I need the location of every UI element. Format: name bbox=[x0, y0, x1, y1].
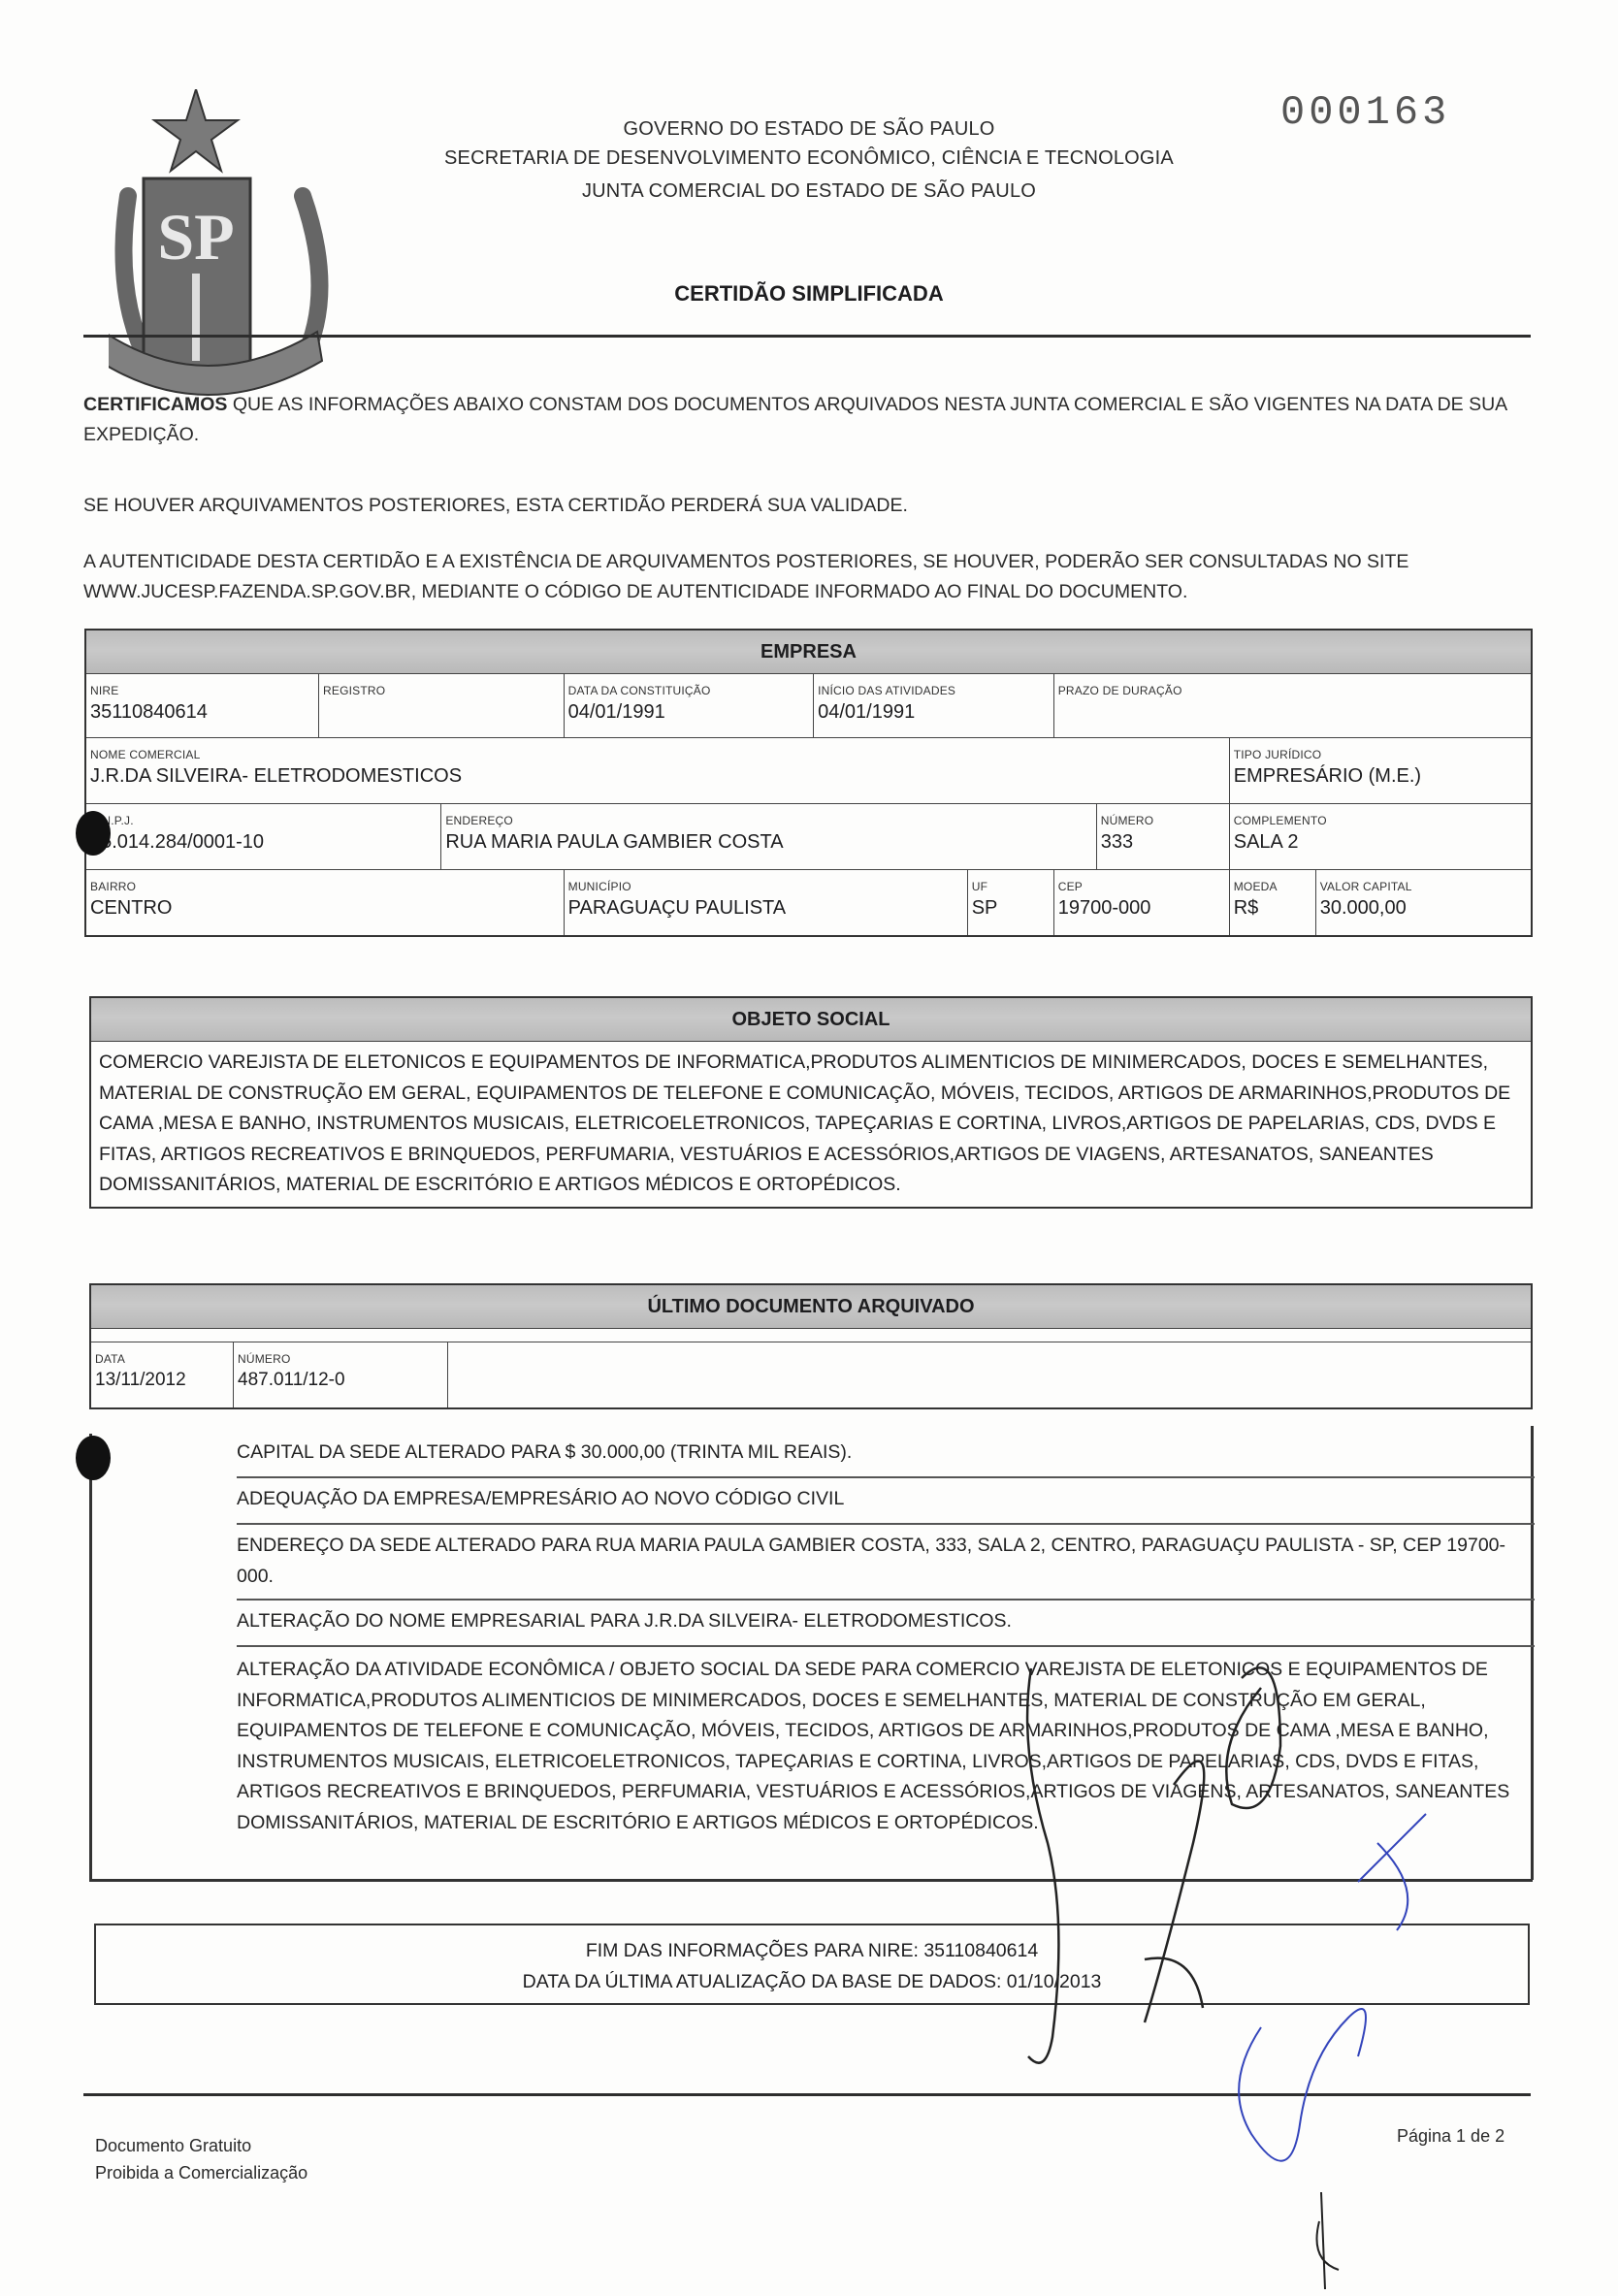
page-number: Página 1 de 2 bbox=[1397, 2122, 1505, 2150]
data-constituicao-label: DATA DA CONSTITUIÇÃO bbox=[568, 684, 809, 697]
spacer-row bbox=[90, 1329, 1532, 1342]
doc-empty-cell bbox=[448, 1342, 1533, 1408]
numero-cell: NÚMERO333 bbox=[1096, 804, 1229, 870]
fim-informacoes-box: FIM DAS INFORMAÇÕES PARA NIRE: 351108406… bbox=[94, 1924, 1530, 2005]
cep-value: 19700-000 bbox=[1058, 897, 1225, 920]
serial-number-stamp: 000163 bbox=[1280, 89, 1450, 136]
header-secretariat-line: SECRETARIA DE DESENVOLVIMENTO ECONÔMICO,… bbox=[0, 147, 1618, 170]
valor-capital-value: 30.000,00 bbox=[1320, 897, 1527, 920]
intro-certify-text: QUE AS INFORMAÇÕES ABAIXO CONSTAM DOS DO… bbox=[83, 394, 1506, 445]
data-constituicao-cell: DATA DA CONSTITUIÇÃO04/01/1991 bbox=[564, 674, 813, 738]
cnpj-label: C.N.P.J. bbox=[90, 814, 437, 827]
endereco-cell: ENDEREÇORUA MARIA PAULA GAMBIER COSTA bbox=[441, 804, 1096, 870]
header-junta-line: JUNTA COMERCIAL DO ESTADO DE SÃO PAULO bbox=[0, 180, 1618, 203]
doc-data-value: 13/11/2012 bbox=[95, 1370, 229, 1391]
valor-capital-label: VALOR CAPITAL bbox=[1320, 880, 1527, 893]
moeda-cell: MOEDAR$ bbox=[1229, 870, 1315, 936]
ultimo-documento-header-table: ÚLTIMO DOCUMENTO ARQUIVADO DATA13/11/201… bbox=[89, 1283, 1533, 1409]
objeto-social-text: COMERCIO VAREJISTA DE ELETONICOS E EQUIP… bbox=[90, 1042, 1532, 1208]
fim-atualizacao-line: DATA DA ÚLTIMA ATUALIZAÇÃO DA BASE DE DA… bbox=[96, 1966, 1528, 1997]
cep-cell: CEP19700-000 bbox=[1053, 870, 1229, 936]
acts-bottom-border bbox=[89, 1879, 1533, 1882]
complemento-value: SALA 2 bbox=[1234, 831, 1527, 854]
prazo-duracao-label: PRAZO DE DURAÇÃO bbox=[1058, 684, 1527, 697]
act-divider bbox=[237, 1645, 1535, 1647]
objeto-social-table: OBJETO SOCIAL COMERCIO VAREJISTA DE ELET… bbox=[89, 996, 1533, 1209]
header-divider bbox=[83, 335, 1531, 338]
nire-value: 35110840614 bbox=[90, 701, 314, 724]
bairro-cell: BAIRROCENTRO bbox=[85, 870, 564, 936]
acts-left-border bbox=[89, 1434, 92, 1880]
nome-comercial-cell: NOME COMERCIALJ.R.DA SILVEIRA- ELETRODOM… bbox=[85, 738, 1229, 804]
punch-hole-mark bbox=[76, 811, 111, 856]
moeda-value: R$ bbox=[1234, 897, 1311, 920]
municipio-value: PARAGUAÇU PAULISTA bbox=[568, 897, 963, 920]
numero-label: NÚMERO bbox=[1101, 814, 1225, 827]
moeda-label: MOEDA bbox=[1234, 880, 1311, 893]
cnpj-cell: C.N.P.J.65.014.284/0001-10 bbox=[85, 804, 441, 870]
uf-value: SP bbox=[972, 897, 1050, 920]
intro-authenticity-paragraph: A AUTENTICIDADE DESTA CERTIDÃO E A EXIST… bbox=[83, 547, 1538, 607]
intro-certify-paragraph: CERTIFICAMOS QUE AS INFORMAÇÕES ABAIXO C… bbox=[83, 390, 1538, 450]
complemento-label: COMPLEMENTO bbox=[1234, 814, 1527, 827]
act-item-codigo-civil: ADEQUAÇÃO DA EMPRESA/EMPRESÁRIO AO NOVO … bbox=[237, 1484, 1537, 1515]
uf-label: UF bbox=[972, 880, 1050, 893]
numero-value: 333 bbox=[1101, 831, 1225, 854]
doc-data-label: DATA bbox=[95, 1352, 229, 1366]
intro-validity-paragraph: SE HOUVER ARQUIVAMENTOS POSTERIORES, EST… bbox=[83, 491, 1538, 521]
inicio-atividades-label: INÍCIO DAS ATIVIDADES bbox=[818, 684, 1050, 697]
doc-numero-value: 487.011/12-0 bbox=[238, 1370, 443, 1391]
inicio-atividades-value: 04/01/1991 bbox=[818, 701, 1050, 724]
act-divider bbox=[237, 1599, 1535, 1601]
act-item-objeto-social: ALTERAÇÃO DA ATIVIDADE ECONÔMICA / OBJET… bbox=[237, 1655, 1537, 1838]
tipo-juridico-label: TIPO JURÍDICO bbox=[1234, 748, 1527, 761]
footer-proibida: Proibida a Comercialização bbox=[95, 2159, 307, 2186]
complemento-cell: COMPLEMENTOSALA 2 bbox=[1229, 804, 1532, 870]
uf-cell: UFSP bbox=[967, 870, 1053, 936]
footer-gratuito: Documento Gratuito bbox=[95, 2132, 307, 2159]
act-item-nome: ALTERAÇÃO DO NOME EMPRESARIAL PARA J.R.D… bbox=[237, 1606, 1537, 1637]
endereco-value: RUA MARIA PAULA GAMBIER COSTA bbox=[445, 831, 1091, 854]
nire-cell: NIRE35110840614 bbox=[85, 674, 319, 738]
prazo-duracao-cell: PRAZO DE DURAÇÃO bbox=[1053, 674, 1532, 738]
fim-nire-line: FIM DAS INFORMAÇÕES PARA NIRE: 351108406… bbox=[96, 1935, 1528, 1966]
tipo-juridico-cell: TIPO JURÍDICOEMPRESÁRIO (M.E.) bbox=[1229, 738, 1532, 804]
bairro-label: BAIRRO bbox=[90, 880, 560, 893]
doc-numero-label: NÚMERO bbox=[238, 1352, 443, 1366]
act-item-capital: CAPITAL DA SEDE ALTERADO PARA $ 30.000,0… bbox=[237, 1438, 1537, 1469]
objeto-social-section-title: OBJETO SOCIAL bbox=[90, 997, 1532, 1042]
ultimo-documento-section-title: ÚLTIMO DOCUMENTO ARQUIVADO bbox=[90, 1284, 1532, 1329]
cnpj-value: 65.014.284/0001-10 bbox=[90, 831, 437, 854]
cep-label: CEP bbox=[1058, 880, 1225, 893]
act-divider bbox=[237, 1476, 1535, 1478]
intro-certify-bold: CERTIFICAMOS bbox=[83, 394, 227, 415]
data-constituicao-value: 04/01/1991 bbox=[568, 701, 809, 724]
doc-numero-cell: NÚMERO487.011/12-0 bbox=[234, 1342, 448, 1408]
act-divider bbox=[237, 1523, 1535, 1525]
nome-comercial-label: NOME COMERCIAL bbox=[90, 748, 1225, 761]
registro-label: REGISTRO bbox=[323, 684, 560, 697]
doc-data-cell: DATA13/11/2012 bbox=[90, 1342, 234, 1408]
endereco-label: ENDEREÇO bbox=[445, 814, 1091, 827]
inicio-atividades-cell: INÍCIO DAS ATIVIDADES04/01/1991 bbox=[814, 674, 1054, 738]
empresa-section-title: EMPRESA bbox=[85, 630, 1532, 674]
municipio-label: MUNICÍPIO bbox=[568, 880, 963, 893]
nome-comercial-value: J.R.DA SILVEIRA- ELETRODOMESTICOS bbox=[90, 765, 1225, 788]
act-item-endereco: ENDEREÇO DA SEDE ALTERADO PARA RUA MARIA… bbox=[237, 1531, 1537, 1592]
registro-cell: REGISTRO bbox=[319, 674, 565, 738]
municipio-cell: MUNICÍPIOPARAGUAÇU PAULISTA bbox=[564, 870, 967, 936]
footer-left: Documento Gratuito Proibida a Comerciali… bbox=[95, 2132, 307, 2186]
punch-hole-mark bbox=[76, 1436, 111, 1480]
valor-capital-cell: VALOR CAPITAL30.000,00 bbox=[1315, 870, 1532, 936]
nire-label: NIRE bbox=[90, 684, 314, 697]
tipo-juridico-value: EMPRESÁRIO (M.E.) bbox=[1234, 765, 1527, 788]
bairro-value: CENTRO bbox=[90, 897, 560, 920]
document-title: CERTIDÃO SIMPLIFICADA bbox=[0, 281, 1618, 307]
footer-divider bbox=[83, 2093, 1531, 2096]
empresa-table: EMPRESA NIRE35110840614 REGISTRO DATA DA… bbox=[84, 629, 1533, 937]
svg-text:SP: SP bbox=[157, 200, 234, 274]
